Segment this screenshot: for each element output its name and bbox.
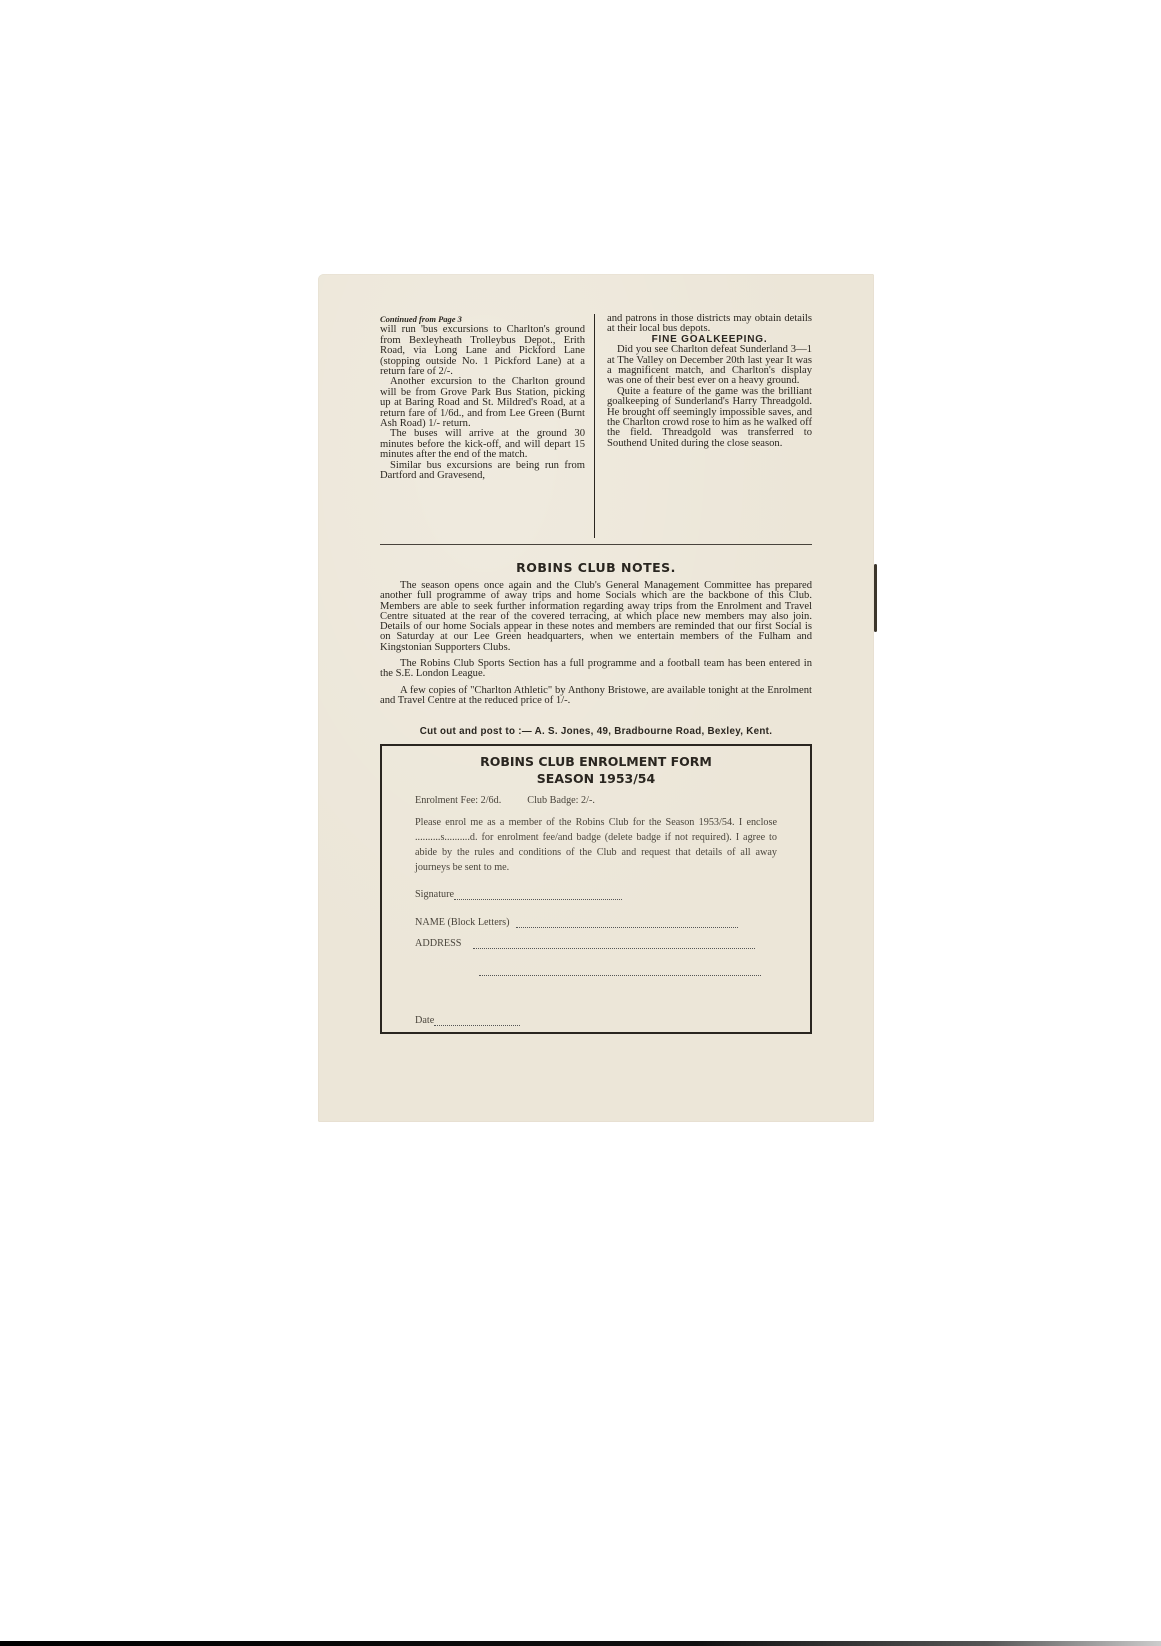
enrolment-fee: Enrolment Fee: 2/6d.	[415, 795, 501, 806]
date-line[interactable]	[434, 1015, 520, 1026]
match-paragraph: Did you see Charlton defeat Sunderland 3…	[607, 345, 812, 387]
notes-paragraph: The season opens once again and the Club…	[380, 581, 812, 653]
signature-line[interactable]	[454, 889, 622, 900]
threadgold-paragraph: Quite a feature of the game was the bril…	[607, 387, 812, 449]
address-line-1[interactable]	[473, 938, 755, 949]
left-column: Continued from Page 3 will run 'bus excu…	[380, 314, 585, 538]
right-column: and patrons in those districts may obtai…	[607, 314, 812, 538]
form-title-line1: ROBINS CLUB ENROLMENT FORM	[382, 753, 810, 770]
address-field-2[interactable]	[415, 965, 777, 976]
club-notes-section: ROBINS CLUB NOTES. The season opens once…	[380, 560, 812, 706]
two-column-section: Continued from Page 3 will run 'bus excu…	[380, 314, 812, 538]
address-field[interactable]: ADDRESS	[415, 938, 777, 949]
date-label: Date	[415, 1015, 434, 1026]
enrolment-form: ROBINS CLUB ENROLMENT FORM SEASON 1953/5…	[380, 744, 812, 1034]
form-declaration: Please enrol me as a member of the Robin…	[415, 815, 777, 875]
address-label: ADDRESS	[415, 938, 461, 949]
section-divider	[380, 544, 812, 545]
programme-page: Continued from Page 3 will run 'bus excu…	[318, 274, 874, 1122]
club-badge-fee: Club Badge: 2/-.	[527, 795, 595, 806]
patrons-paragraph: and patrons in those districts may obtai…	[607, 314, 812, 335]
fees-line: Enrolment Fee: 2/6d.Club Badge: 2/-.	[415, 795, 777, 806]
form-body: Enrolment Fee: 2/6d.Club Badge: 2/-. Ple…	[382, 795, 810, 976]
scan-edge	[0, 1641, 1161, 1646]
form-title-line2: SEASON 1953/54	[382, 770, 810, 787]
bus-excursion-paragraph: will run 'bus excursions to Charlton's g…	[380, 325, 585, 377]
date-field[interactable]: Date	[415, 1015, 520, 1026]
cutout-instruction: Cut out and post to :— A. S. Jones, 49, …	[380, 726, 812, 737]
staple-mark	[874, 564, 877, 632]
bus-timing-paragraph: The buses will arrive at the ground 30 m…	[380, 429, 585, 460]
name-line[interactable]	[516, 917, 738, 928]
name-label: NAME (Block Letters)	[415, 917, 510, 928]
signature-label: Signature	[415, 889, 454, 900]
name-field[interactable]: NAME (Block Letters)	[415, 917, 777, 928]
notes-title: ROBINS CLUB NOTES.	[380, 560, 812, 575]
signature-field[interactable]: Signature	[415, 889, 777, 900]
grove-park-paragraph: Another excursion to the Charlton ground…	[380, 377, 585, 429]
notes-paragraph: A few copies of "Charlton Athletic" by A…	[380, 686, 812, 707]
continued-label: Continued from Page 3	[380, 314, 585, 324]
form-title: ROBINS CLUB ENROLMENT FORM SEASON 1953/5…	[382, 753, 810, 787]
dartford-paragraph: Similar bus excursions are being run fro…	[380, 461, 585, 482]
notes-paragraph: The Robins Club Sports Section has a ful…	[380, 659, 812, 680]
column-divider	[594, 314, 595, 538]
address-line-2[interactable]	[479, 965, 761, 976]
page-content: Continued from Page 3 will run 'bus excu…	[380, 314, 812, 1034]
